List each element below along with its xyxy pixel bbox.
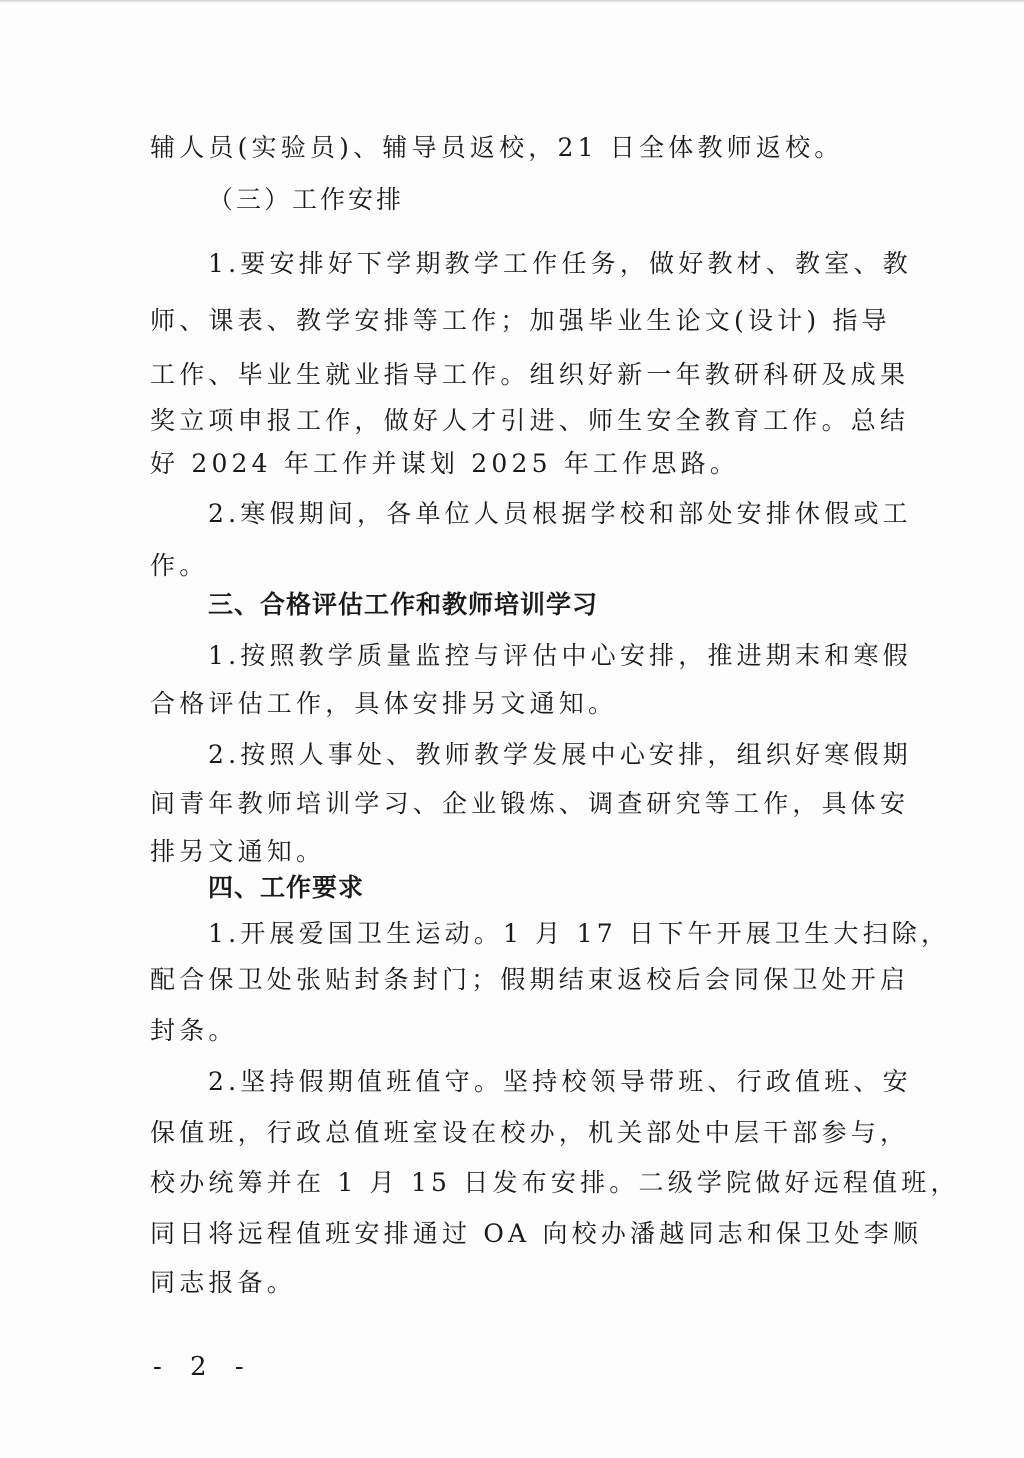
paragraph-line: 2.寒假期间，各单位人员根据学校和部处安排休假或工 [208,494,912,534]
paragraph-line: 排另文通知。 [150,832,325,872]
paragraph-line: 合格评估工作，具体安排另文通知。 [150,684,617,724]
paragraph-line: 间青年教师培训学习、企业锻炼、调查研究等工作，具体安 [150,784,909,824]
paragraph-line: 保值班，行政总值班室设在校办，机关部处中层干部参与， [150,1113,909,1153]
paragraph-line: 1.按照教学质量监控与评估中心安排，推进期末和寒假 [208,636,912,676]
paragraph-line: 作。 [150,546,208,586]
page-edge [0,0,1024,3]
paragraph-line: 封条。 [150,1011,238,1051]
paragraph-line: 2.按照人事处、教师教学发展中心安排，组织好寒假期 [208,735,912,775]
paragraph-line: 1.要安排好下学期教学工作任务，做好教材、教室、教 [208,244,912,284]
paragraph-line: 配合保卫处张贴封条封门；假期结束返校后会同保卫处开启 [150,960,909,1000]
paragraph-line: 同日将远程值班安排通过 OA 向校办潘越同志和保卫处李顺 [150,1214,922,1254]
subheading-work-arrangement: （三）工作安排 [208,180,404,220]
paragraph-line: 辅人员(实验员)、辅导员返校，21 日全体教师返校。 [150,128,843,168]
paragraph-line: 同志报备。 [150,1263,296,1303]
page-number: - 2 - [153,1352,254,1382]
paragraph-line: 1.开展爱国卫生运动。1 月 17 日下午开展卫生大扫除， [208,914,950,954]
paragraph-line: 校办统筹并在 1 月 15 日发布安排。二级学院做好远程值班， [150,1163,960,1203]
paragraph-line: 工作、毕业生就业指导工作。组织好新一年教研科研及成果 [150,355,909,395]
paragraph-line: 奖立项申报工作，做好人才引进、师生安全教育工作。总结 [150,401,909,441]
paragraph-line: 2.坚持假期值班值守。坚持校领导带班、行政值班、安 [208,1062,912,1102]
section-heading-work-requirements: 四、工作要求 [208,868,364,908]
section-heading-evaluation-training: 三、合格评估工作和教师培训学习 [208,585,598,625]
paragraph-line: 好 2024 年工作并谋划 2025 年工作思路。 [150,444,739,484]
paragraph-line: 师、课表、教学安排等工作；加强毕业生论文(设计) 指导 [150,301,891,341]
